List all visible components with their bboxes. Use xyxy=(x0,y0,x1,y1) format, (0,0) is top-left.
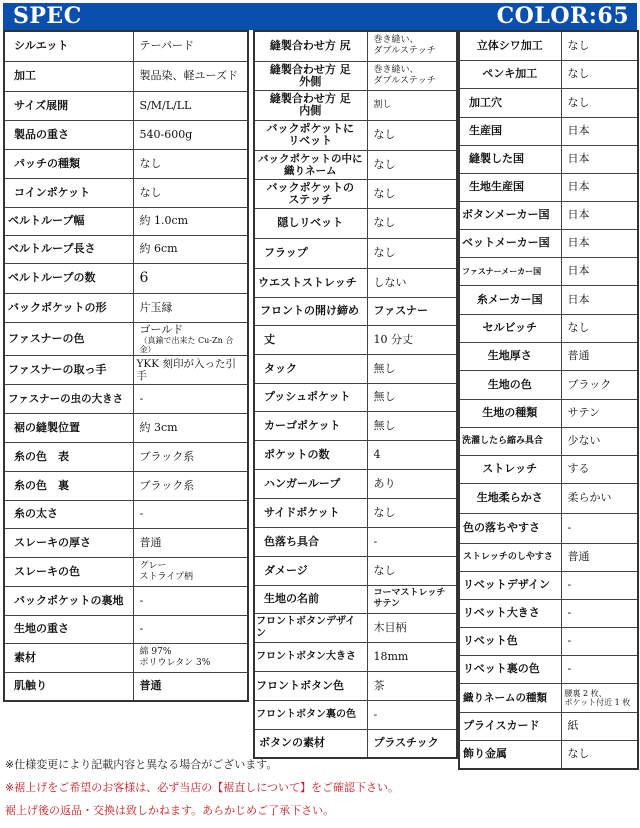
spec-value: 片玉縁 xyxy=(133,293,248,322)
spec-label: リベット裏の色 xyxy=(459,655,561,683)
spec-row: 製品の重さ540-600g xyxy=(4,120,248,149)
spec-row: 丈10 分丈 xyxy=(254,325,457,354)
spec-value: ファスナー xyxy=(367,297,457,325)
spec-row: リベット裏の色- xyxy=(459,655,638,683)
spec-row: バックポケットの裏地- xyxy=(4,586,248,615)
spec-label: プライスカード xyxy=(459,712,561,740)
spec-value: 割し xyxy=(367,90,457,120)
spec-label: セルビッチ xyxy=(459,314,561,342)
spec-value: - xyxy=(133,586,248,615)
spec-label: バックポケットの中に 織りネーム xyxy=(254,150,367,179)
spec-label: 飾り金属 xyxy=(459,740,561,769)
spec-value: 普通 xyxy=(133,672,248,701)
spec-header: SPEC COLOR:65 xyxy=(3,3,637,30)
spec-label: バックポケットの裏地 xyxy=(4,586,133,615)
spec-row: フロントボタン大きさ18mm xyxy=(254,642,457,671)
spec-row: ダメージなし xyxy=(254,556,457,585)
spec-row: 糸の色 表ブラック系 xyxy=(4,442,248,471)
spec-label: サイドポケット xyxy=(254,498,367,527)
spec-label: 糸の色 表 xyxy=(4,442,133,471)
spec-value: 製品染、軽ユーズド xyxy=(133,61,248,91)
spec-label: 縫製した国 xyxy=(459,145,561,173)
spec-row: サイズ展開S/M/L/LL xyxy=(4,91,248,120)
spec-value: 紙 xyxy=(561,712,638,740)
spec-row: 縫製合わせ方 足 内側割し xyxy=(254,90,457,120)
spec-label: フロントボタン色 xyxy=(254,671,367,700)
spec-row: 糸メーカー国日本 xyxy=(459,285,638,314)
spec-value: - xyxy=(561,655,638,683)
spec-value: 日本 xyxy=(561,229,638,257)
spec-value: - xyxy=(133,615,248,643)
spec-label: リベット大きさ xyxy=(459,599,561,627)
spec-label: ファスナーメーカー国 xyxy=(459,257,561,285)
spec-value: なし xyxy=(367,179,457,208)
spec-row: 加工穴なし xyxy=(459,88,638,117)
spec-value: 日本 xyxy=(561,257,638,285)
spec-label: 糸の太さ xyxy=(4,500,133,528)
spec-label: バックポケットの形 xyxy=(4,293,133,322)
spec-row: フロントボタン裏の色- xyxy=(254,700,457,729)
spec-row: プッシュポケット無し xyxy=(254,383,457,411)
spec-value: 巻き縫い、 ダブルステッチ xyxy=(367,61,457,90)
spec-row: 縫製合わせ方 足 外側巻き縫い、 ダブルステッチ xyxy=(254,61,457,90)
spec-label: 縫製合わせ方 足 内側 xyxy=(254,90,367,120)
spec-row: ファスナーの虫の大きさ- xyxy=(4,384,248,413)
spec-value: する xyxy=(561,455,638,483)
spec-row: 生地生産国日本 xyxy=(459,173,638,201)
spec-value: 少ない xyxy=(561,427,638,455)
spec-row: 色落ち具合- xyxy=(254,527,457,556)
spec-value: なし xyxy=(561,88,638,117)
spec-row: フラップなし xyxy=(254,238,457,268)
spec-row: プライスカード紙 xyxy=(459,712,638,740)
spec-value: - xyxy=(561,513,638,543)
spec-row: 縫製した国日本 xyxy=(459,145,638,173)
spec-value: 無し xyxy=(367,354,457,383)
notes: ※仕様変更により記載内容と異なる場合がございます。 ※裾上げをご希望のお客様は、… xyxy=(5,753,399,822)
spec-value: 日本 xyxy=(561,117,638,145)
spec-row: タック無し xyxy=(254,354,457,383)
spec-label: 生地の種類 xyxy=(459,399,561,427)
spec-value: 10 分丈 xyxy=(367,325,457,354)
spec-row: 縫製合わせ方 尻巻き縫い、 ダブルステッチ xyxy=(254,31,457,61)
spec-label: 素材 xyxy=(4,643,133,672)
spec-label: 加工穴 xyxy=(459,88,561,117)
spec-row: セルビッチなし xyxy=(459,314,638,342)
spec-label: ベルトループの数 xyxy=(4,263,133,293)
spec-label: 洗濯したら縮み具合 xyxy=(459,427,561,455)
spec-row: ベルトループ幅約 1.0cm xyxy=(4,207,248,235)
spec-value: 腰裏 2 枚、 ポケット付近 1 枚 xyxy=(561,683,638,712)
spec-row: サイドポケットなし xyxy=(254,498,457,527)
spec-row: スレーキの色グレー ストライプ柄 xyxy=(4,557,248,586)
spec-row: ハンガーループあり xyxy=(254,469,457,498)
spec-value: なし xyxy=(561,314,638,342)
spec-label: ファスナーの虫の大きさ xyxy=(4,384,133,413)
spec-value: 綿 97% ポリウレタン 3% xyxy=(133,643,248,672)
spec-value: 6 xyxy=(133,263,248,293)
spec-label: ベルトループ幅 xyxy=(4,207,133,235)
spec-value: なし xyxy=(367,556,457,585)
spec-value: 日本 xyxy=(561,201,638,229)
spec-label: バックポケットに リベット xyxy=(254,120,367,150)
spec-label: スレーキの色 xyxy=(4,557,133,586)
spec-label: フロントボタン大きさ xyxy=(254,642,367,671)
spec-value: グレー ストライプ柄 xyxy=(133,557,248,586)
spec-value: ブラック系 xyxy=(133,471,248,500)
spec-label: 加工 xyxy=(4,61,133,91)
spec-row: リベットデザイン- xyxy=(459,571,638,599)
spec-label: パッチの種類 xyxy=(4,149,133,178)
spec-row: 肌触り普通 xyxy=(4,672,248,701)
spec-label: フラップ xyxy=(254,238,367,268)
spec-value: 日本 xyxy=(561,145,638,173)
spec-label: ファスナーの色 xyxy=(4,322,133,355)
spec-value: 巻き縫い、 ダブルステッチ xyxy=(367,31,457,61)
spec-label: ストレッチのしやすさ xyxy=(459,543,561,571)
spec-label: ファスナーの取っ手 xyxy=(4,355,133,384)
spec-row: 立体シワ加工なし xyxy=(459,31,638,60)
spec-label: ベットメーカー国 xyxy=(459,229,561,257)
spec-label: ポケットの数 xyxy=(254,440,367,469)
spec-row: フロントの開け締めファスナー xyxy=(254,297,457,325)
spec-row: 生地の重さ- xyxy=(4,615,248,643)
spec-row: 糸の太さ- xyxy=(4,500,248,528)
spec-value: しない xyxy=(367,268,457,297)
spec-value: - xyxy=(561,627,638,655)
spec-row: 生産国日本 xyxy=(459,117,638,145)
spec-label: 糸の色 裏 xyxy=(4,471,133,500)
spec-label: コインポケット xyxy=(4,178,133,207)
spec-label: 縫製合わせ方 尻 xyxy=(254,31,367,61)
spec-title: SPEC xyxy=(13,3,82,30)
spec-value: 木目柄 xyxy=(367,613,457,642)
spec-value: 4 xyxy=(367,440,457,469)
spec-label: 色落ち具合 xyxy=(254,527,367,556)
spec-label: ウエストストレッチ xyxy=(254,268,367,297)
spec-value: なし xyxy=(133,178,248,207)
spec-label: ベルトループ長さ xyxy=(4,235,133,263)
spec-label: タック xyxy=(254,354,367,383)
spec-label: フロントの開け締め xyxy=(254,297,367,325)
spec-value: なし xyxy=(561,60,638,88)
spec-label: 生地生産国 xyxy=(459,173,561,201)
spec-value: ゴールド（真鍮で出来た Cu-Zn 合金） xyxy=(133,322,248,355)
spec-row: ファスナーの取っ手YKK 刻印が入った引手 xyxy=(4,355,248,384)
spec-label: 縫製合わせ方 足 外側 xyxy=(254,61,367,90)
spec-label: サイズ展開 xyxy=(4,91,133,120)
spec-row: ポケットの数4 xyxy=(254,440,457,469)
spec-value: ブラック xyxy=(561,370,638,399)
spec-label: カーゴポケット xyxy=(254,411,367,440)
spec-label: 生産国 xyxy=(459,117,561,145)
spec-value: ブラック系 xyxy=(133,442,248,471)
spec-label: 立体シワ加工 xyxy=(459,31,561,60)
spec-value: 柔らかい xyxy=(561,483,638,513)
spec-row: ファスナーメーカー国日本 xyxy=(459,257,638,285)
spec-row: バックポケットの形片玉縁 xyxy=(4,293,248,322)
spec-row: 生地の種類サテン xyxy=(459,399,638,427)
spec-row: ボタンメーカー国日本 xyxy=(459,201,638,229)
spec-row: 加工製品染、軽ユーズド xyxy=(4,61,248,91)
spec-label: ハンガーループ xyxy=(254,469,367,498)
spec-row: バックポケットに リベットなし xyxy=(254,120,457,150)
spec-row: スレーキの厚さ普通 xyxy=(4,528,248,557)
spec-value: なし xyxy=(367,498,457,527)
spec-table-right: 立体シワ加工なし ペンキ加工なし 加工穴なし 生産国日本 縫製した国日本 生地生… xyxy=(458,30,639,770)
spec-value: 普通 xyxy=(561,543,638,571)
note-spec-change: ※仕様変更により記載内容と異なる場合がございます。 xyxy=(5,753,399,776)
spec-row: バックポケットの ステッチなし xyxy=(254,179,457,208)
spec-row: カーゴポケット無し xyxy=(254,411,457,440)
note-hemming: ※裾上げをご希望のお客様は、必ず当店の【裾直しについて】をご確認下さい。 xyxy=(5,776,399,799)
spec-row: 裾の縫製位置約 3cm xyxy=(4,413,248,442)
spec-row: 隠しリベットなし xyxy=(254,208,457,238)
spec-label: バックポケットの ステッチ xyxy=(254,179,367,208)
spec-row: ベルトループの数6 xyxy=(4,263,248,293)
color-code: COLOR:65 xyxy=(497,3,629,30)
spec-row: ストレッチのしやすさ普通 xyxy=(459,543,638,571)
spec-value: 約 6cm xyxy=(133,235,248,263)
spec-value: あり xyxy=(367,469,457,498)
spec-value: なし xyxy=(561,31,638,60)
spec-value: - xyxy=(133,384,248,413)
spec-row: ベットメーカー国日本 xyxy=(459,229,638,257)
spec-value: なし xyxy=(133,149,248,178)
spec-label: フロントボタン裏の色 xyxy=(254,700,367,729)
spec-label: 肌触り xyxy=(4,672,133,701)
spec-value: - xyxy=(561,571,638,599)
spec-row: 生地厚さ普通 xyxy=(459,342,638,370)
spec-label: 隠しリベット xyxy=(254,208,367,238)
spec-value: S/M/L/LL xyxy=(133,91,248,120)
spec-row: フロントボタンデザイン木目柄 xyxy=(254,613,457,642)
spec-label: 色の落ちやすさ xyxy=(459,513,561,543)
spec-value: 茶 xyxy=(367,671,457,700)
spec-row: 生地の名前コーマストレッチ サテン xyxy=(254,585,457,613)
spec-label: プッシュポケット xyxy=(254,383,367,411)
spec-value: 普通 xyxy=(561,342,638,370)
spec-label: ボタンメーカー国 xyxy=(459,201,561,229)
spec-table-middle: 縫製合わせ方 尻巻き縫い、 ダブルステッチ 縫製合わせ方 足 外側巻き縫い、 ダ… xyxy=(253,30,458,759)
zipper-color-note: （真鍮で出来た Cu-Zn 合金） xyxy=(140,336,245,354)
spec-row: ペンキ加工なし xyxy=(459,60,638,88)
spec-label: ダメージ xyxy=(254,556,367,585)
spec-row: リベット大きさ- xyxy=(459,599,638,627)
spec-row: リベット色- xyxy=(459,627,638,655)
spec-label: フロントボタンデザイン xyxy=(254,613,367,642)
spec-label: 製品の重さ xyxy=(4,120,133,149)
spec-value: 日本 xyxy=(561,173,638,201)
spec-value: なし xyxy=(367,208,457,238)
spec-row: 色の落ちやすさ- xyxy=(459,513,638,543)
spec-value: なし xyxy=(561,740,638,769)
spec-value: 無し xyxy=(367,383,457,411)
zipper-color: ゴールド xyxy=(140,324,245,336)
spec-row: バックポケットの中に 織りネームなし xyxy=(254,150,457,179)
spec-label: 生地の名前 xyxy=(254,585,367,613)
spec-row: ストレッチする xyxy=(459,455,638,483)
spec-row: ベルトループ長さ約 6cm xyxy=(4,235,248,263)
spec-label: 生地厚さ xyxy=(459,342,561,370)
spec-value: なし xyxy=(367,120,457,150)
spec-label: スレーキの厚さ xyxy=(4,528,133,557)
spec-label: シルエット xyxy=(4,31,133,61)
spec-label: 糸メーカー国 xyxy=(459,285,561,314)
spec-label: ペンキ加工 xyxy=(459,60,561,88)
spec-value: コーマストレッチ サテン xyxy=(367,585,457,613)
spec-value: なし xyxy=(367,238,457,268)
spec-label: 生地の色 xyxy=(459,370,561,399)
spec-label: リベットデザイン xyxy=(459,571,561,599)
spec-label: 織りネームの種類 xyxy=(459,683,561,712)
spec-row: シルエットテーパード xyxy=(4,31,248,61)
spec-label: 裾の縫製位置 xyxy=(4,413,133,442)
spec-row: コインポケットなし xyxy=(4,178,248,207)
spec-value: 日本 xyxy=(561,285,638,314)
spec-row: ウエストストレッチしない xyxy=(254,268,457,297)
spec-row: 織りネームの種類腰裏 2 枚、 ポケット付近 1 枚 xyxy=(459,683,638,712)
spec-label: ストレッチ xyxy=(459,455,561,483)
spec-value: テーパード xyxy=(133,31,248,61)
spec-value: 無し xyxy=(367,411,457,440)
spec-table-left: シルエットテーパード 加工製品染、軽ユーズド サイズ展開S/M/L/LL 製品の… xyxy=(3,30,249,702)
spec-value: 約 1.0cm xyxy=(133,207,248,235)
spec-row: 生地の色ブラック xyxy=(459,370,638,399)
spec-value: - xyxy=(367,527,457,556)
spec-value: 540-600g xyxy=(133,120,248,149)
spec-value: 18mm xyxy=(367,642,457,671)
spec-row: 飾り金属なし xyxy=(459,740,638,769)
spec-value: - xyxy=(367,700,457,729)
spec-label: 生地柔らかさ xyxy=(459,483,561,513)
spec-row: 生地柔らかさ柔らかい xyxy=(459,483,638,513)
spec-row: 糸の色 裏ブラック系 xyxy=(4,471,248,500)
spec-row: 洗濯したら縮み具合少ない xyxy=(459,427,638,455)
spec-value: - xyxy=(561,599,638,627)
spec-row: 素材綿 97% ポリウレタン 3% xyxy=(4,643,248,672)
note-no-returns: 裾上げ後の返品・交換は致しかねます。あらかじめご了承下さい。 xyxy=(5,799,399,822)
spec-label: リベット色 xyxy=(459,627,561,655)
spec-value: YKK 刻印が入った引手 xyxy=(133,355,248,384)
spec-value: サテン xyxy=(561,399,638,427)
spec-value: なし xyxy=(367,150,457,179)
spec-value: 約 3cm xyxy=(133,413,248,442)
spec-label: 丈 xyxy=(254,325,367,354)
spec-value: 普通 xyxy=(133,528,248,557)
spec-label: 生地の重さ xyxy=(4,615,133,643)
spec-row: パッチの種類なし xyxy=(4,149,248,178)
spec-row: ファスナーの色ゴールド（真鍮で出来た Cu-Zn 合金） xyxy=(4,322,248,355)
spec-value: - xyxy=(133,500,248,528)
spec-row: フロントボタン色茶 xyxy=(254,671,457,700)
